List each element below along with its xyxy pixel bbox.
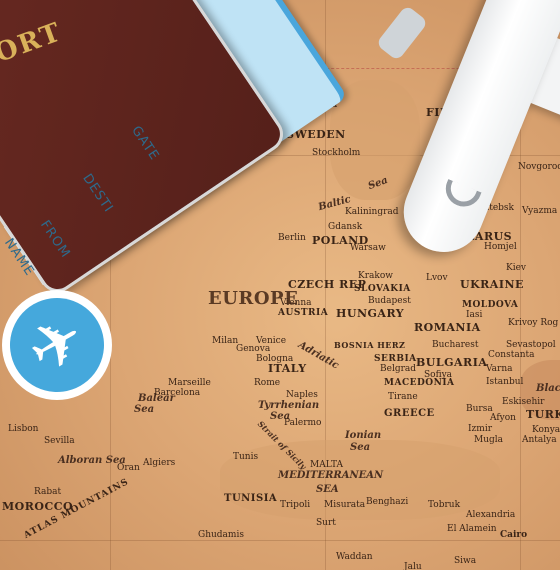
city-berlin: Berlin	[278, 233, 306, 243]
city-antalya: Antalya	[522, 435, 557, 445]
city-marseille: Marseille	[168, 378, 211, 388]
label-ionian-sea: Sea	[350, 442, 370, 453]
city-waddan: Waddan	[336, 552, 373, 562]
city-milan: Milan	[212, 336, 238, 346]
map-grid-line	[0, 540, 560, 541]
city-naples: Naples	[286, 390, 318, 400]
city-bologna: Bologna	[256, 354, 293, 364]
city-constanta: Constanta	[488, 350, 534, 360]
city-algiers: Algiers	[143, 458, 175, 468]
airplane-icon: ✈	[0, 281, 121, 409]
city-varna: Varna	[486, 364, 513, 374]
label-serbia: SERBIA	[374, 354, 417, 364]
label-balear-sea: Sea	[134, 404, 154, 415]
city-lvov: Lvov	[426, 273, 448, 283]
city-budapest: Budapest	[368, 296, 411, 306]
city-jalu: Jalu	[404, 562, 422, 570]
city-gdansk: Gdansk	[328, 222, 362, 232]
city-tirane: Tirane	[388, 392, 418, 402]
city-ghudamis: Ghudamis	[198, 530, 244, 540]
city-sofiya: Sofiya	[424, 370, 452, 380]
city-stockholm: Stockholm	[312, 148, 360, 158]
label-hungary: HUNGARY	[336, 307, 404, 320]
city-konya: Konya	[532, 425, 560, 435]
label-black-sea: Black	[536, 383, 560, 394]
label-tunisia: TUNISIA	[224, 493, 277, 504]
label-romania: ROMANIA	[414, 321, 481, 334]
city-palermo: Palermo	[284, 418, 321, 428]
city-barcelona: Barcelona	[154, 388, 200, 398]
city-lisbon: Lisbon	[8, 424, 38, 434]
city-iasi: Iasi	[466, 310, 482, 320]
label-mediterranean-sea: SEA	[316, 484, 339, 495]
label-slovakia: SLOVAKIA	[354, 284, 411, 294]
city-warsaw: Warsaw	[350, 243, 386, 253]
city-krivoy-rog: Krivoy Rog	[508, 318, 558, 328]
city-tunis: Tunis	[233, 452, 258, 462]
ticket-badge: ✈	[2, 290, 112, 400]
city-eskisehir: Eskisehir	[502, 397, 544, 407]
city-siwa: Siwa	[454, 556, 476, 566]
city-izmir: Izmir	[468, 424, 492, 434]
city-tripoli: Tripoli	[280, 500, 310, 510]
label-mediterranean: MEDITERRANEAN	[278, 470, 383, 481]
label-greece: GREECE	[384, 408, 435, 419]
label-alboran-sea: Alboran Sea	[58, 455, 126, 466]
city-malta: MALTA	[310, 460, 343, 470]
city-sevilla: Sevilla	[44, 436, 75, 446]
city-benghazi: Benghazi	[366, 497, 408, 507]
city-tobruk: Tobruk	[428, 500, 460, 510]
city-kiev: Kiev	[506, 263, 526, 273]
vintage-map-photo: SWEDEN FINL POLAND BELARUS UKRAINE CZECH…	[0, 0, 560, 570]
label-ukraine: UKRAINE	[460, 278, 524, 291]
city-rabat: Rabat	[34, 487, 61, 497]
city-bucharest: Bucharest	[432, 340, 478, 350]
city-belgrad: Belgrad	[380, 364, 416, 374]
city-surt: Surt	[316, 518, 336, 528]
city-oran: Oran	[117, 463, 140, 473]
label-moldova: MOLDOVA	[462, 300, 518, 310]
city-mugla: Mugla	[474, 435, 503, 445]
label-bulgaria: BULGARIA	[416, 356, 487, 369]
toy-airplane-engine	[376, 5, 429, 62]
label-bosnia: BOSNIA HERZ	[334, 340, 405, 350]
city-alexandria: Alexandria	[466, 510, 515, 520]
city-afyon: Afyon	[490, 413, 516, 423]
city-rome: Rome	[254, 378, 280, 388]
city-cairo: Cairo	[500, 530, 527, 540]
label-ionian: Ionian	[345, 430, 381, 441]
city-vyazma: Vyazma	[522, 206, 557, 216]
city-novgorod: Novgorod	[518, 162, 560, 172]
city-genova: Genova	[236, 344, 270, 354]
city-bursa: Bursa	[466, 404, 493, 414]
city-kaliningrad: Kaliningrad	[345, 207, 399, 217]
city-homjel: Homjel	[484, 242, 517, 252]
city-krakow: Krakow	[358, 271, 393, 281]
label-tyrrhenian: Tyrrhenian	[258, 400, 319, 411]
city-sevastopol: Sevastopol	[506, 340, 556, 350]
city-el-alamein: El Alamein	[447, 524, 497, 534]
label-austria: AUSTRIA	[278, 308, 328, 318]
city-misurata: Misurata	[324, 500, 365, 510]
city-vienna: Vienna	[280, 298, 312, 308]
label-turkey: TURKE	[526, 408, 560, 421]
city-istanbul: Istanbul	[486, 377, 523, 387]
